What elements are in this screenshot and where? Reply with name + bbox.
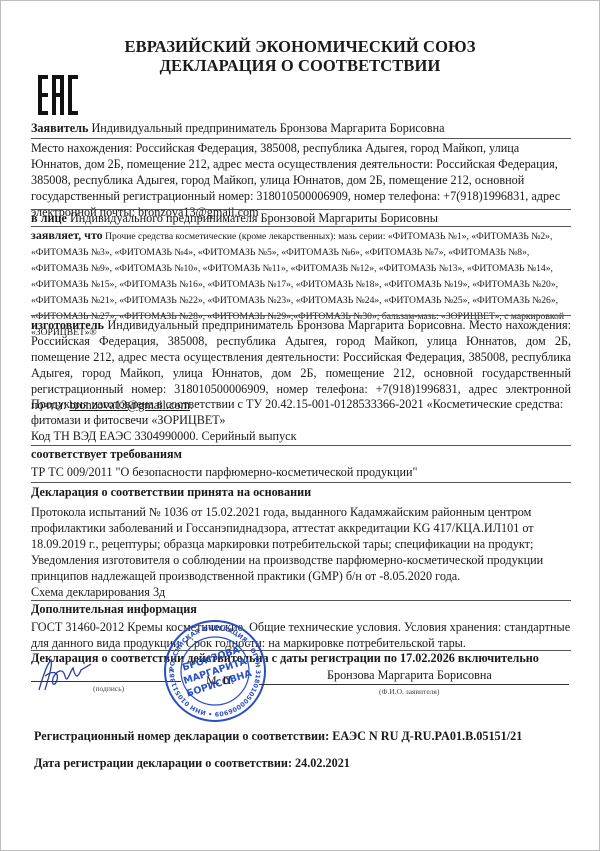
declaration-scheme: Схема декларирования 3д — [31, 584, 571, 600]
represented-by-row: в лице Индивидуального предпринимателя Б… — [31, 210, 571, 226]
represented-by-value: Индивидуального предпринимателя Бронзово… — [70, 211, 438, 225]
complies-label: соответствует требованиям — [31, 446, 571, 462]
signature-icon — [33, 656, 93, 694]
basis-value: Протокола испытаний № 1036 от 15.02.2021… — [31, 504, 571, 584]
declaration-document: ЕВРАЗИЙСКИЙ ЭКОНОМИЧЕСКИЙ СОЮЗ ДЕКЛАРАЦИ… — [0, 0, 600, 851]
name-line — [259, 684, 569, 685]
registration-date-row: Дата регистрации декларации о соответств… — [34, 756, 350, 771]
applicant-label: Заявитель — [31, 121, 88, 135]
manufacturer-label: изготовитель — [31, 318, 104, 332]
registration-date: 24.02.2021 — [295, 756, 350, 770]
additional-label: Дополнительная информация — [31, 601, 571, 617]
applicant-name: Бронзова Маргарита Борисовна — [327, 668, 492, 683]
location-block: Место нахождения: Российская Федерация, … — [31, 140, 571, 220]
eac-logo-icon — [37, 74, 79, 116]
complies-value: ТР ТС 009/2011 "О безопасности парфюмерн… — [31, 464, 571, 480]
union-title: ЕВРАЗИЙСКИЙ ЭКОНОМИЧЕСКИЙ СОЮЗ — [1, 37, 599, 57]
validity-statement: Декларация о соответствии действительна … — [31, 650, 571, 666]
applicant-value: Индивидуальный предприниматель Бронзова … — [91, 121, 444, 135]
product-code: Код ТН ВЭД ЕАЭС 3304990000. Серийный вып… — [31, 428, 571, 444]
divider — [31, 482, 571, 483]
seal-label: М. П. — [206, 673, 234, 688]
signature-line — [31, 681, 181, 682]
divider — [31, 138, 571, 139]
additional-value: ГОСТ 31460-2012 Кремы косметические. Общ… — [31, 619, 571, 651]
basis-label: Декларация о соответствии принята на осн… — [31, 484, 571, 500]
applicant-row: Заявитель Индивидуальный предприниматель… — [31, 120, 571, 136]
product-standard: Продукция изготовлена в соответствии с Т… — [31, 396, 571, 428]
name-label: (Ф.И.О. заявителя) — [379, 687, 439, 696]
signature-label: (подпись) — [93, 684, 124, 693]
represented-by-label: в лице — [31, 211, 67, 225]
location-text: Место нахождения: Российская Федерация, … — [31, 141, 560, 219]
registration-number: ЕАЭС N RU Д-RU.PA01.B.05151/21 — [332, 729, 522, 743]
document-title: ДЕКЛАРАЦИЯ О СООТВЕТСТВИИ — [1, 56, 599, 76]
registration-date-label: Дата регистрации декларации о соответств… — [34, 756, 295, 770]
registration-number-row: Регистрационный номер декларации о соотв… — [34, 729, 522, 744]
seal-stamp-icon: РОССИЙСКАЯ ФЕДЕРАЦИЯ • ОГРН 318010500006… — [163, 619, 267, 723]
registration-number-label: Регистрационный номер декларации о соотв… — [34, 729, 332, 743]
declares-label: заявляет, что — [31, 228, 103, 242]
divider — [31, 315, 571, 316]
